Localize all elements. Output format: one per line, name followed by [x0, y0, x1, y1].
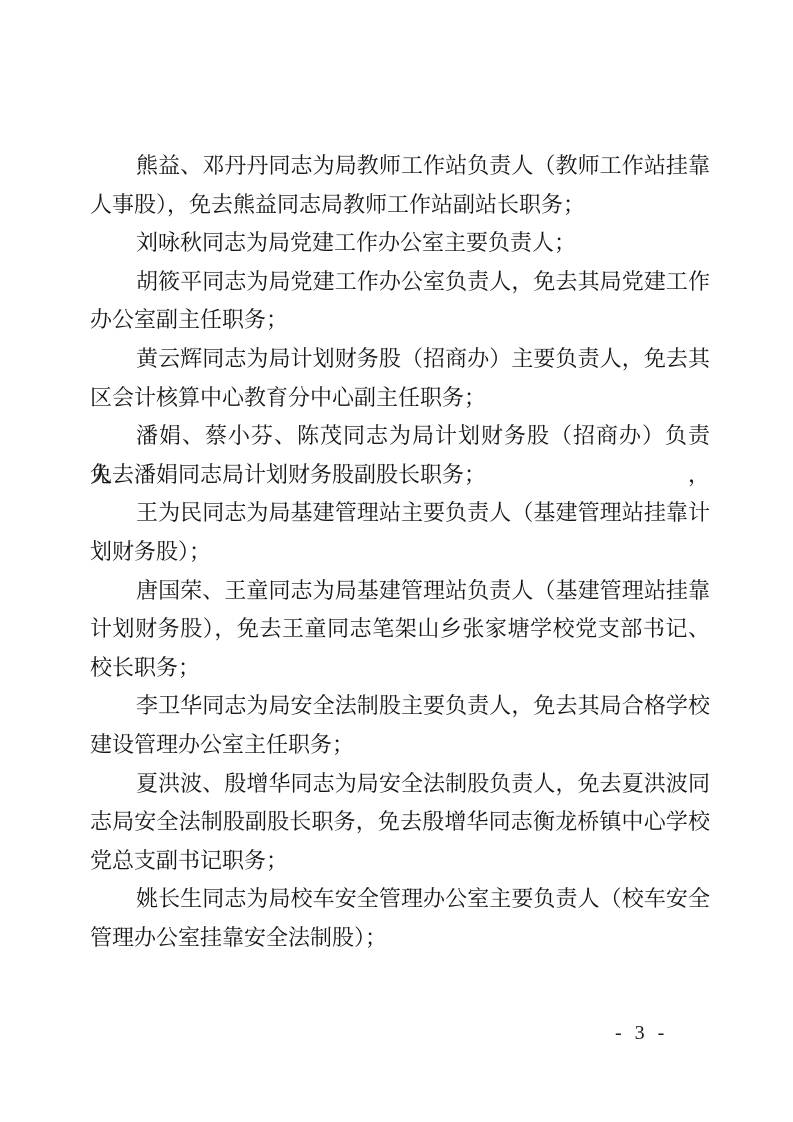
text-line: 校长职务；	[90, 649, 710, 688]
text-line: 王为民同志为局基建管理站主要负责人（基建管理站挂靠计	[90, 494, 710, 533]
text-line: 潘娟、蔡小芬、陈茂同志为局计划财务股（招商办）负责人，	[90, 417, 710, 456]
document-body: 熊益、邓丹丹同志为局教师工作站负责人（教师工作站挂靠人事股），免去熊益同志局教师…	[90, 147, 710, 957]
text-line: 计划财务股），免去王童同志笔架山乡张家塘学校党支部书记、	[90, 610, 710, 649]
text-line: 熊益、邓丹丹同志为局教师工作站负责人（教师工作站挂靠	[90, 147, 710, 186]
page-number: - 3 -	[615, 1022, 668, 1045]
document-scan: { "page": { "background_color": "#ffffff…	[0, 0, 793, 1122]
text-line: 办公室副主任职务；	[90, 301, 710, 340]
text-line: 建设管理办公室主任职务；	[90, 726, 710, 765]
text-line: 李卫华同志为局安全法制股主要负责人，免去其局合格学校	[90, 687, 710, 726]
text-line: 划财务股）；	[90, 533, 710, 572]
text-line: 党总支副书记职务；	[90, 842, 710, 881]
text-line: 夏洪波、殷增华同志为局安全法制股负责人，免去夏洪波同	[90, 765, 710, 804]
text-line: 刘咏秋同志为局党建工作办公室主要负责人；	[90, 224, 710, 263]
text-line: 唐国荣、王童同志为局基建管理站负责人（基建管理站挂靠	[90, 572, 710, 611]
text-line: 志局安全法制股副股长职务，免去殷增华同志衡龙桥镇中心学校	[90, 803, 710, 842]
text-line: 管理办公室挂靠安全法制股）；	[90, 919, 710, 958]
text-line: 区会计核算中心教育分中心副主任职务；	[90, 379, 710, 418]
text-line: 人事股），免去熊益同志局教师工作站副站长职务；	[90, 186, 710, 225]
text-line: 胡筱平同志为局党建工作办公室负责人，免去其局党建工作	[90, 263, 710, 302]
text-line: 黄云辉同志为局计划财务股（招商办）主要负责人，免去其	[90, 340, 710, 379]
document-page: 熊益、邓丹丹同志为局教师工作站负责人（教师工作站挂靠人事股），免去熊益同志局教师…	[0, 0, 793, 1122]
text-line: 姚长生同志为局校车安全管理办公室主要负责人（校车安全	[90, 880, 710, 919]
